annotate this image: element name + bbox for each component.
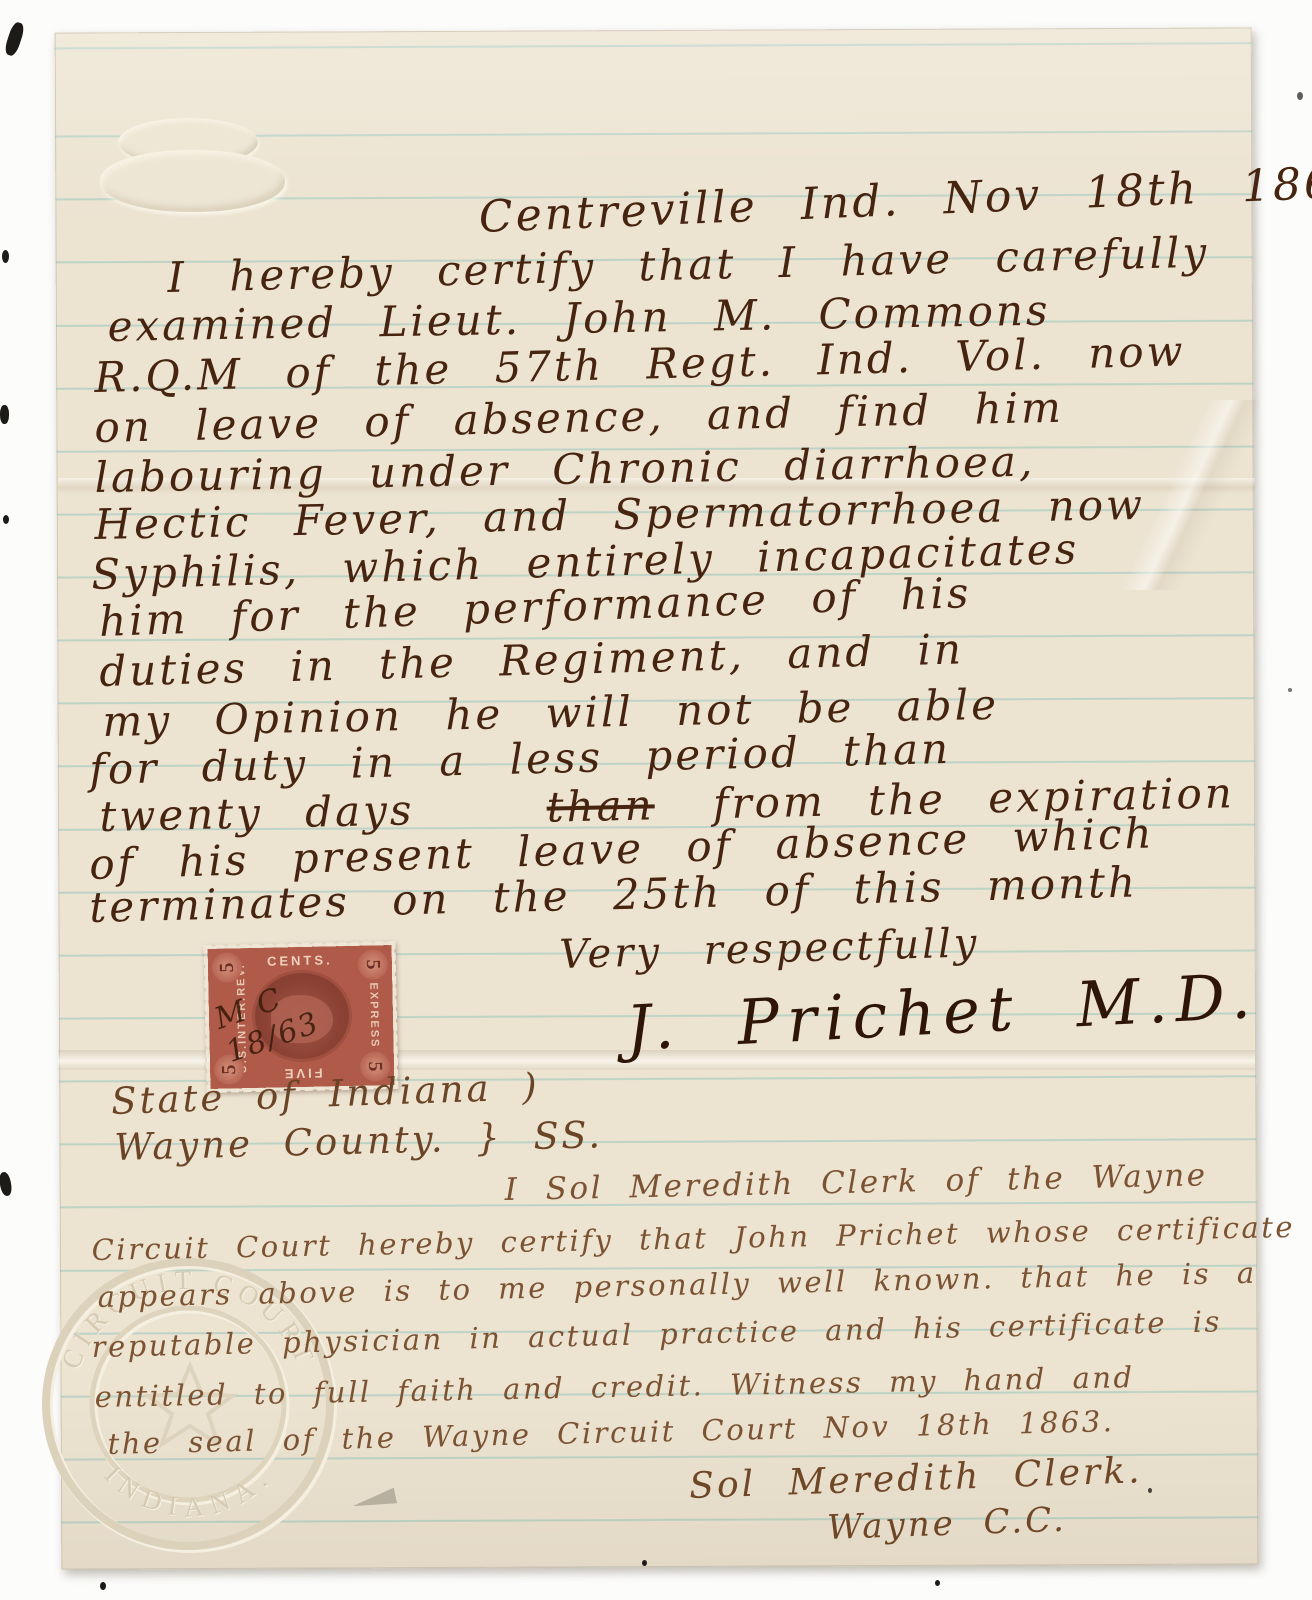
- scan-speck: [1288, 688, 1292, 692]
- scan-speck: [2, 250, 9, 263]
- clerk-title: Wayne C.C.: [827, 1500, 1068, 1548]
- scan-speck: [935, 1580, 940, 1586]
- scan-speck: [642, 1560, 647, 1566]
- seal-arc-bottom-text: INDIANA.: [99, 1460, 279, 1523]
- scan-speck: [100, 1582, 106, 1590]
- scan-speck: [3, 515, 9, 524]
- scan-speck: [0, 405, 9, 424]
- scan-speck: [3, 21, 26, 57]
- scan-speck: [1148, 1488, 1152, 1493]
- scan-speck: [0, 1171, 13, 1197]
- scan-speck: [1297, 92, 1303, 100]
- paper-maker-emboss: [100, 150, 285, 212]
- scanned-document: CIRCUIT COURT CIRCUIT COURT INDIANA. IND…: [0, 0, 1312, 1600]
